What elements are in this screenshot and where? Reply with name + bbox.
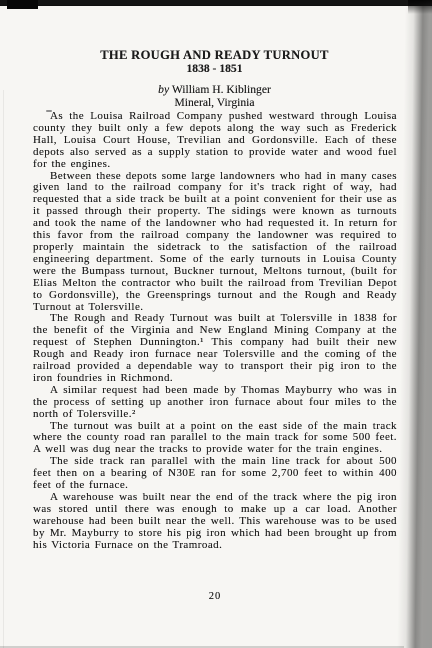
scan-gutter-shadow	[397, 0, 432, 648]
paragraph: The side track ran parallel with the mai…	[33, 456, 397, 492]
byline-prefix: by	[158, 83, 169, 96]
scan-top-edge	[0, 0, 432, 6]
title-block: THE ROUGH AND READY TURNOUT 1838 - 1851 …	[33, 49, 396, 109]
body-text: As the Louisa Railroad Company pushed we…	[33, 111, 397, 552]
author-location: Mineral, Virginia	[33, 97, 396, 110]
page-title: THE ROUGH AND READY TURNOUT	[33, 49, 396, 62]
scan-corner-mark	[7, 0, 38, 9]
page-number: 20	[33, 591, 397, 602]
scan-top-right-shadow	[408, 0, 432, 14]
paragraph: A similar request had been made by Thoma…	[33, 385, 397, 421]
paragraph: The Rough and Ready Turnout was built at…	[33, 313, 397, 384]
paragraph: The turnout was built at a point on the …	[33, 421, 397, 457]
scanned-book-page: THE ROUGH AND READY TURNOUT 1838 - 1851 …	[0, 0, 432, 648]
paragraph: As the Louisa Railroad Company pushed we…	[33, 111, 397, 171]
scan-left-edge	[3, 90, 4, 648]
byline: by William H. Kiblinger	[33, 84, 396, 97]
paragraph: A warehouse was built near the end of th…	[33, 492, 397, 552]
byline-author: William H. Kiblinger	[172, 83, 271, 96]
date-range: 1838 - 1851	[33, 62, 396, 75]
paragraph: Between these depots some large landowne…	[33, 171, 397, 314]
